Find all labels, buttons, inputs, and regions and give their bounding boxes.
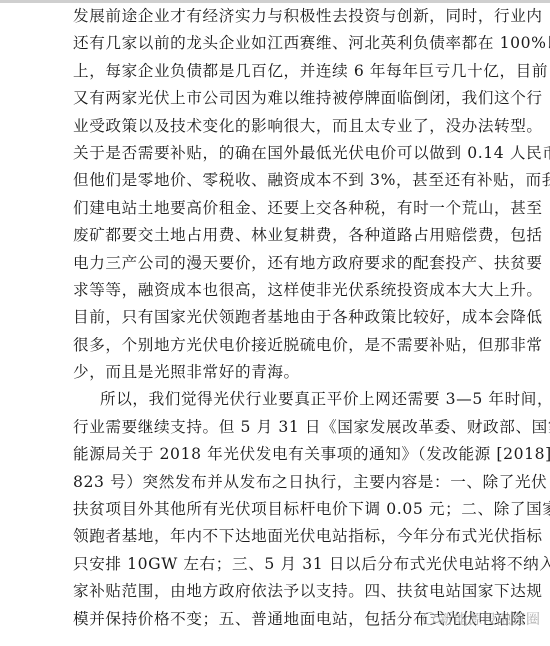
document-page: 发展前途企业才有经济实力与积极性去投资与创新，同时，行业内 还有几家以前的龙头企… bbox=[73, 3, 473, 633]
text-line-21: 只安排 10GW 左右；三、5 月 31 日以后分布式光伏电站将不纳入国 bbox=[73, 551, 473, 578]
text-line-18: 823 号）突然发布并从发布之日执行，主要内容是：一、除了光伏 bbox=[73, 469, 473, 496]
text-line-10: 电力三产公司的漫天要价，还有地方政府要求的配套投产、扶贫要 bbox=[73, 250, 473, 277]
text-line-19: 扶贫项目外其他所有光伏项目标杆电价下调 0.05 元；二、除了国家 bbox=[73, 496, 473, 523]
wechat-icon bbox=[423, 612, 436, 625]
text-line-12: 目前，只有国家光伏领跑者基地由于各种政策比较好，成本会降低 bbox=[73, 304, 473, 331]
text-line-3: 上，每家企业负债都是几百亿，并连续 6 年每年巨亏几十亿，目前 bbox=[73, 58, 473, 85]
watermark: 新能源投融资圈 bbox=[423, 609, 541, 629]
text-line-17: 能源局关于 2018 年光伏发电有关事项的通知》（发改能源 [2018] bbox=[73, 441, 473, 468]
text-line-16: 行业需要继续支持。但 5 月 31 日《国家发展改革委、财政部、国家 bbox=[73, 414, 473, 441]
text-line-1: 发展前途企业才有经济实力与积极性去投资与创新，同时，行业内 bbox=[73, 3, 473, 30]
text-line-11: 求等等，融资成本也很高，这样使非光伏系统投资成本大大上升。 bbox=[73, 277, 473, 304]
text-line-6: 关于是否需要补贴，的确在国外最低光伏电价可以做到 0.14 人民币， bbox=[73, 140, 473, 167]
text-line-23: 模并保持价格不变；五、普通地面电站，包括分布式光伏电站除 bbox=[73, 606, 473, 633]
text-line-7: 但他们是零地价、零税收、融资成本不到 3%，甚至还有补贴，而我 bbox=[73, 167, 473, 194]
text-line-14-paragraph-end: 少，而且是光照非常好的青海。 bbox=[73, 359, 473, 386]
text-line-20: 领跑者基地，年内不下达地面光伏电站指标，今年分布式光伏指标 bbox=[73, 523, 473, 550]
watermark-text: 新能源投融资圈 bbox=[439, 612, 541, 628]
text-line-2: 还有几家以前的龙头企业如江西赛维、河北英利负债率都在 100%以 bbox=[73, 30, 473, 57]
text-line-15-paragraph-start: 所以，我们觉得光伏行业要真正平价上网还需要 3—5 年时间， bbox=[73, 386, 473, 413]
text-line-9: 废矿都要交土地占用费、林业复耕费，各种道路占用赔偿费，包括 bbox=[73, 222, 473, 249]
text-line-22: 家补贴范围，由地方政府依法予以支持。四、扶贫电站国家下达规 bbox=[73, 578, 473, 605]
text-line-13: 很多，个别地方光伏电价接近脱硫电价，是不需要补贴，但那非常 bbox=[73, 332, 473, 359]
text-line-8: 们建电站土地要高价租金、还要上交各种税，有时一个荒山，甚至 bbox=[73, 195, 473, 222]
text-line-4: 又有两家光伏上市公司因为难以维持被停牌面临倒闭，我们这个行 bbox=[73, 85, 473, 112]
text-line-5: 业受政策以及技术变化的影响很大，而且太专业了，没办法转型。 bbox=[73, 113, 473, 140]
